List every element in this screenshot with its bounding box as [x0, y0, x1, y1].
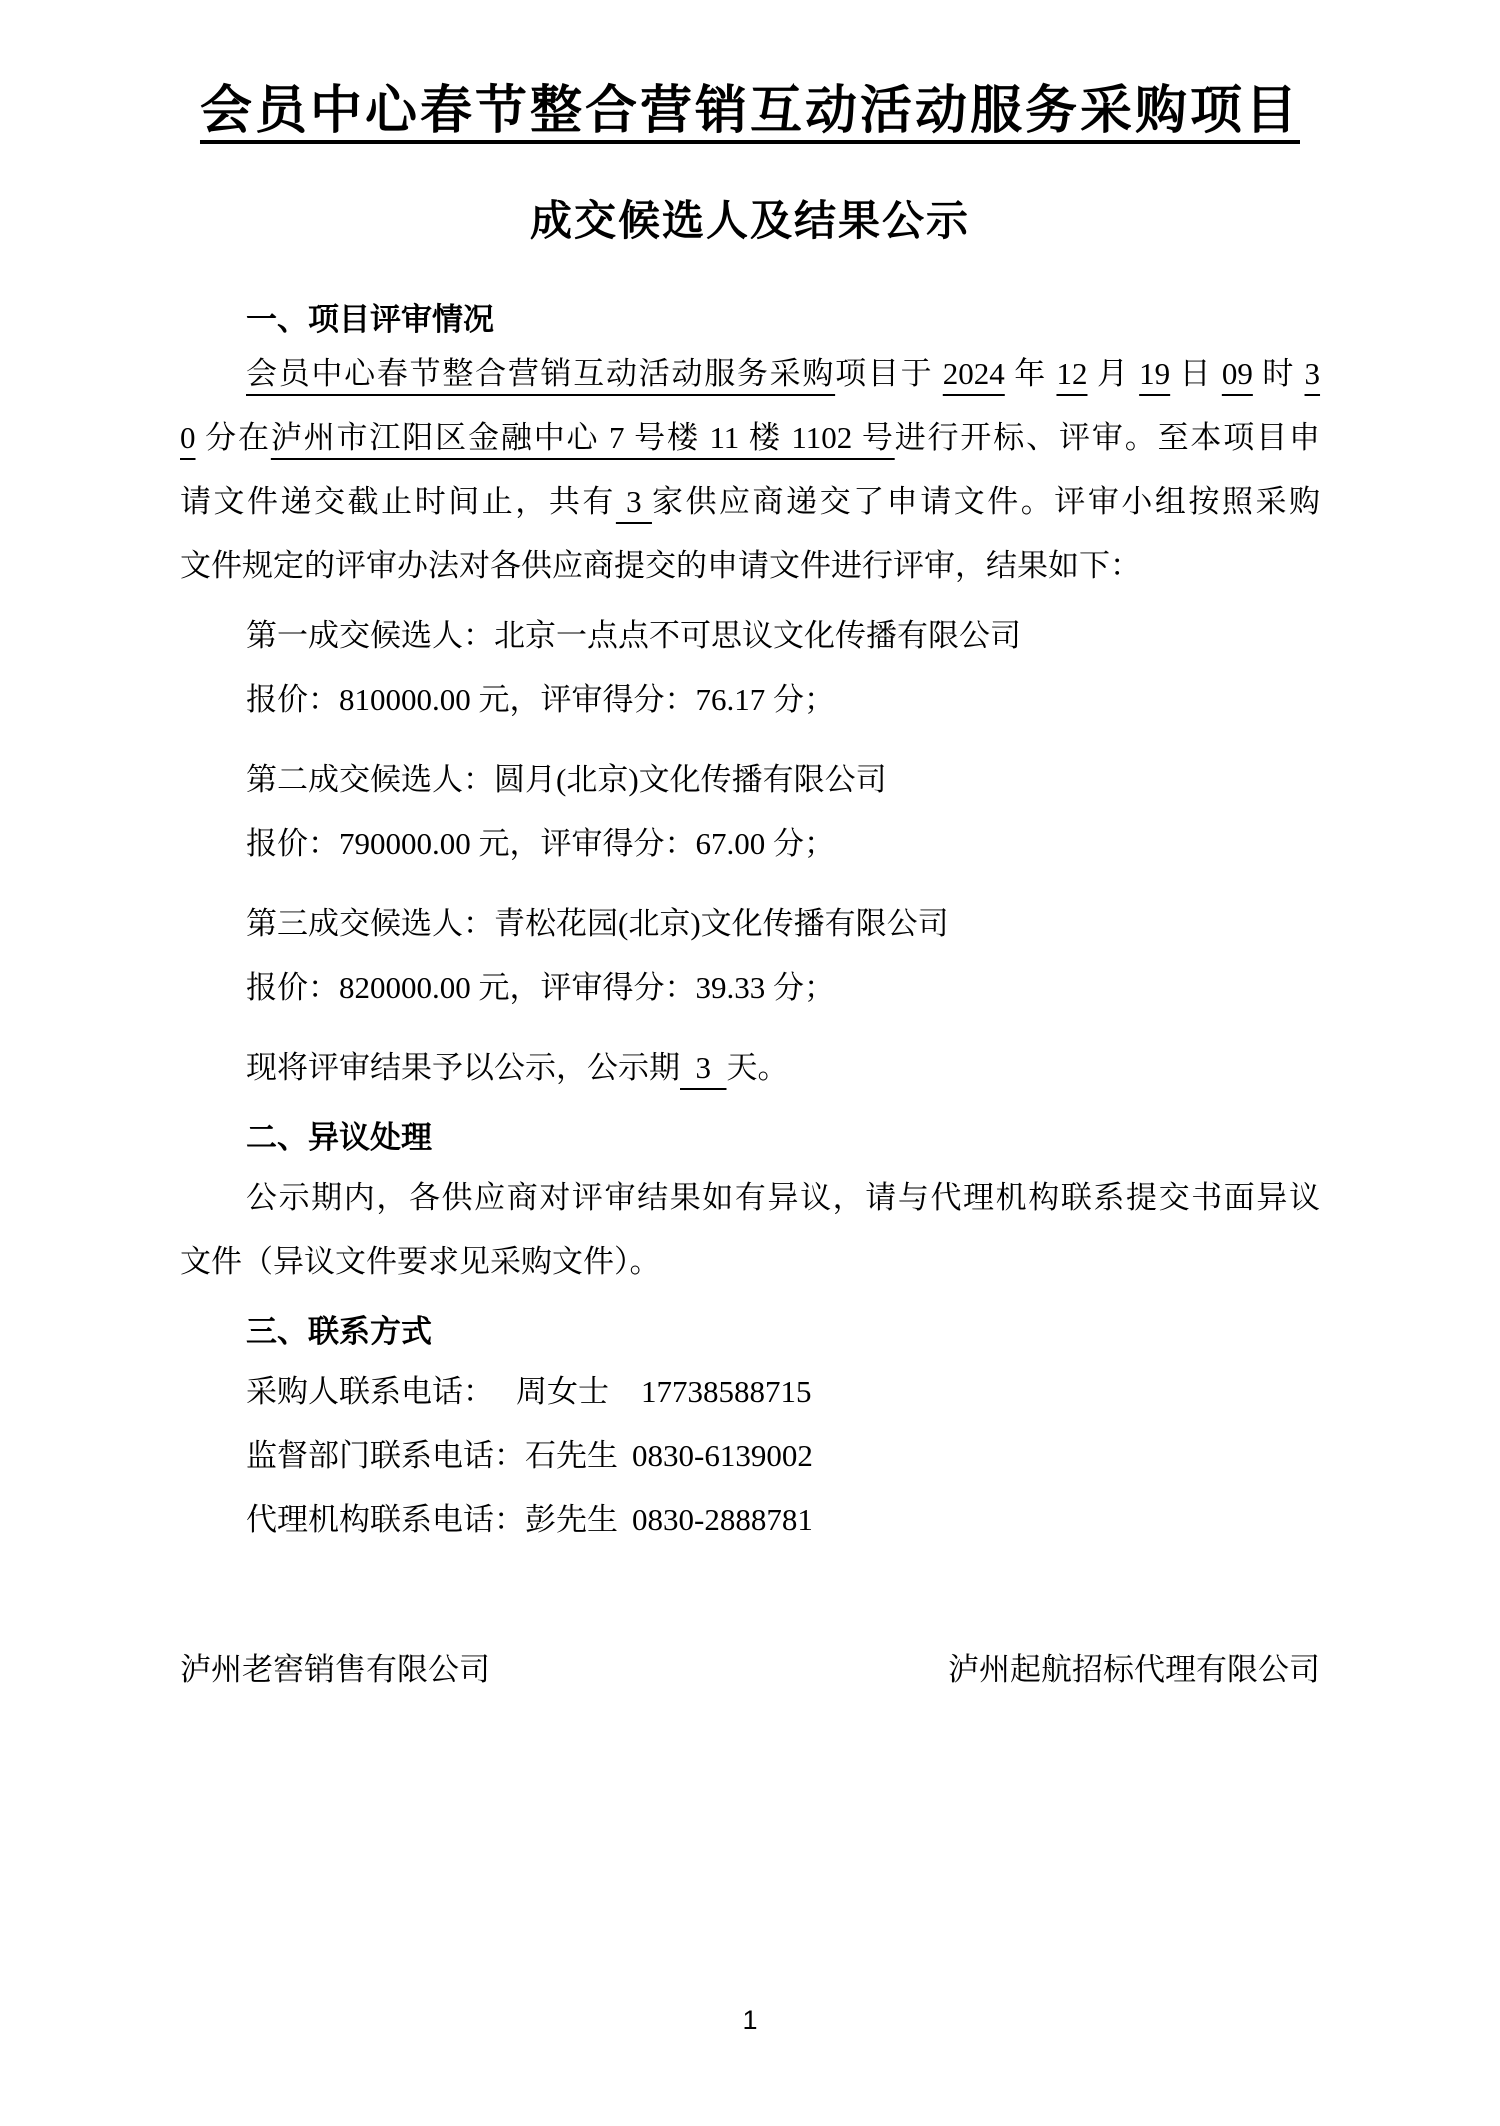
objection-line-2: 文件（异议文件要求见采购文件）。: [180, 1230, 1320, 1294]
intro-text: 进行开标、评审。至本项目申: [895, 420, 1320, 455]
candidate-2-price: 790000.00: [339, 826, 471, 861]
score-suffix: 分；: [765, 682, 835, 717]
document-page: 会员中心春节整合营销互动活动服务采购项目 成交候选人及结果公示 一、项目评审情况…: [0, 0, 1500, 2126]
score-label: 元，评审得分：: [471, 970, 696, 1005]
candidate-2-price-line: 报价：790000.00 元，评审得分：67.00 分；: [180, 812, 1320, 876]
score-suffix: 分；: [765, 970, 835, 1005]
project-name-underlined: 会员中心春节整合营销互动活动服务采购: [246, 356, 835, 391]
contact-label: 采购人联系电话：: [246, 1374, 494, 1409]
agency-company-name: 泸州起航招标代理有限公司: [948, 1638, 1320, 1702]
score-label: 元，评审得分：: [471, 682, 696, 717]
score-suffix: 分；: [765, 826, 835, 861]
minute-value-part2: 0: [180, 420, 196, 455]
day-value: 19: [1139, 356, 1170, 391]
contact-phone: 0830-2888781: [632, 1502, 813, 1537]
candidate-1-price-line: 报价：810000.00 元，评审得分：76.17 分；: [180, 668, 1320, 732]
candidate-1-price: 810000.00: [339, 682, 471, 717]
candidate-3-price: 820000.00: [339, 970, 471, 1005]
contact-phone: 17738588715: [641, 1374, 812, 1409]
day-unit: 日: [1170, 356, 1222, 391]
intro-text: 请文件递交截止时间止，共有: [180, 484, 616, 519]
rank-colon: ：: [463, 618, 494, 653]
candidate-3-name-line: 第三成交候选人：青松花园(北京)文化传播有限公司: [180, 892, 1320, 956]
supplier-count-underlined: 3: [616, 484, 652, 519]
candidate-2-score: 67.00: [696, 826, 766, 861]
minute-value-part1: 3: [1305, 356, 1321, 391]
price-label: 报价：: [246, 682, 339, 717]
intro-line-3: 请文件递交截止时间止，共有 3 家供应商递交了申请文件。评审小组按照采购: [180, 470, 1320, 534]
candidate-1-company: 北京一点点不可思议文化传播有限公司: [494, 618, 1021, 653]
year-value: 2024: [943, 356, 1005, 391]
rank-colon: ：: [463, 906, 494, 941]
candidate-2-rank: 第二成交候选人: [246, 762, 463, 797]
contact-person: 石先生: [525, 1438, 618, 1473]
address-underlined: 泸州市江阳区金融中心 7 号楼 11 楼 1102 号: [271, 420, 895, 455]
notice-text: 现将评审结果予以公示，公示期: [246, 1050, 680, 1085]
notice-suffix: 天。: [727, 1050, 789, 1085]
year-unit: 年: [1005, 356, 1057, 391]
month-value: 12: [1056, 356, 1087, 391]
month-unit: 月: [1087, 356, 1139, 391]
signature-row: 泸州老窖销售有限公司 泸州起航招标代理有限公司: [180, 1638, 1320, 1702]
page-number: 1: [0, 2000, 1500, 2040]
price-label: 报价：: [246, 970, 339, 1005]
candidate-1-rank: 第一成交候选人: [246, 618, 463, 653]
intro-text: 分在: [196, 420, 271, 455]
intro-text: 项目于: [835, 356, 943, 391]
price-label: 报价：: [246, 826, 339, 861]
contact-purchaser-line: 采购人联系电话：周女士17738588715: [180, 1360, 1320, 1424]
section-1-heading: 一、项目评审情况: [180, 298, 1320, 342]
candidate-1-score: 76.17: [696, 682, 766, 717]
candidate-2-company: 圆月(北京)文化传播有限公司: [494, 762, 887, 797]
contact-person: 周女士: [516, 1374, 609, 1409]
section-2-heading: 二、异议处理: [180, 1116, 1320, 1160]
score-label: 元，评审得分：: [471, 826, 696, 861]
page-title: 会员中心春节整合营销互动活动服务采购项目: [180, 76, 1320, 148]
hour-value: 09: [1222, 356, 1253, 391]
purchaser-company-name: 泸州老窖销售有限公司: [180, 1638, 490, 1702]
candidate-1-name-line: 第一成交候选人：北京一点点不可思议文化传播有限公司: [180, 604, 1320, 668]
candidate-3-company: 青松花园(北京)文化传播有限公司: [494, 906, 949, 941]
rank-colon: ：: [463, 762, 494, 797]
intro-line-4: 文件规定的评审办法对各供应商提交的申请文件进行评审，结果如下：: [180, 534, 1320, 598]
objection-line-1: 公示期内，各供应商对评审结果如有异议，请与代理机构联系提交书面异议: [180, 1166, 1320, 1230]
contact-person: 彭先生: [525, 1502, 618, 1537]
candidate-3-score: 39.33: [696, 970, 766, 1005]
contact-supervisor-line: 监督部门联系电话：石先生0830-6139002: [180, 1424, 1320, 1488]
contact-phone: 0830-6139002: [632, 1438, 813, 1473]
candidate-3-price-line: 报价：820000.00 元，评审得分：39.33 分；: [180, 956, 1320, 1020]
candidate-3-rank: 第三成交候选人: [246, 906, 463, 941]
page-subtitle: 成交候选人及结果公示: [180, 192, 1320, 250]
publicity-days-underlined: 3: [680, 1050, 727, 1085]
section-3-heading: 三、联系方式: [180, 1310, 1320, 1354]
intro-text: 家供应商递交了申请文件。评审小组按照采购: [652, 484, 1320, 519]
publicity-notice-line: 现将评审结果予以公示，公示期 3 天。: [180, 1036, 1320, 1100]
intro-line-2: 0 分在泸州市江阳区金融中心 7 号楼 11 楼 1102 号进行开标、评审。至…: [180, 406, 1320, 470]
hour-unit: 时: [1253, 356, 1305, 391]
page-title-text: 会员中心春节整合营销互动活动服务采购项目: [200, 83, 1300, 140]
intro-line-1: 会员中心春节整合营销互动活动服务采购项目于 2024 年 12 月 19 日 0…: [180, 342, 1320, 406]
contact-agency-line: 代理机构联系电话：彭先生0830-2888781: [180, 1488, 1320, 1552]
contact-label: 监督部门联系电话：: [246, 1438, 525, 1473]
candidate-2-name-line: 第二成交候选人：圆月(北京)文化传播有限公司: [180, 748, 1320, 812]
contact-label: 代理机构联系电话：: [246, 1502, 525, 1537]
